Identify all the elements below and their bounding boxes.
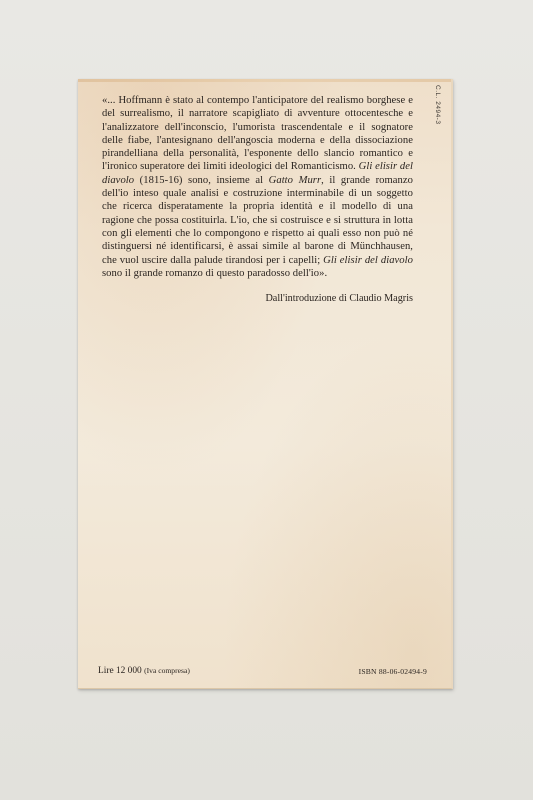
price-note: (Iva compresa) <box>144 666 190 675</box>
blurb-text: «... Hoffmann è stato al contempo l'anti… <box>102 94 413 280</box>
catalog-code: C.L. 2494-3 <box>427 85 441 125</box>
price: Lire 12 000 (Iva compresa) <box>98 666 190 676</box>
isbn: ISBN 88-06-02494-9 <box>359 667 427 676</box>
blurb-title-3: Gli elisir del diavolo <box>323 255 413 266</box>
cover-edge-wear <box>78 79 451 82</box>
blurb-part-3: , il grande romanzo dell'io inteso quale… <box>102 175 413 266</box>
blurb-title-2: Gatto Murr <box>269 175 322 186</box>
blurb-part-2: (1815-16) sono, insieme al <box>134 175 269 186</box>
attribution: Dall'introduzione di Claudio Magris <box>265 293 413 304</box>
price-label: Lire 12 000 <box>98 666 142 676</box>
book-back-cover: C.L. 2494-3 «... Hoffmann è stato al con… <box>78 79 453 689</box>
blurb-part-4: sono il grande romanzo di questo parados… <box>102 268 327 279</box>
